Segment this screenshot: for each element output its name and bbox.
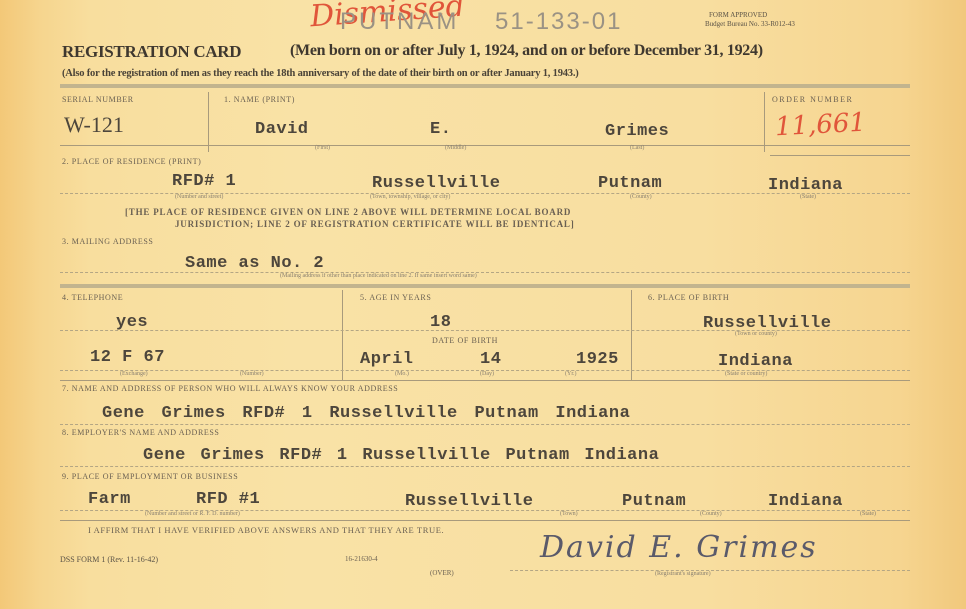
- residence-county: Putnam: [598, 174, 662, 193]
- county-stamp: PUTNAM: [340, 8, 459, 36]
- affirmation: I AFFIRM THAT I HAVE VERIFIED ABOVE ANSW…: [88, 525, 444, 535]
- caption: (Day): [480, 371, 494, 377]
- residence-label: 2. PLACE OF RESIDENCE (PRINT): [62, 157, 201, 166]
- employment-county: Putnam: [622, 492, 686, 511]
- divider: [60, 284, 910, 288]
- registrant-signature: David E. Grimes: [540, 530, 818, 565]
- age-label: 5. AGE IN YEARS: [360, 293, 431, 302]
- dob-year: 1925: [576, 350, 619, 369]
- divider: [342, 290, 343, 380]
- mailing-label: 3. MAILING ADDRESS: [62, 237, 153, 246]
- caption: (Last): [630, 145, 644, 151]
- form-number: DSS FORM 1 (Rev. 11-16-42): [60, 555, 158, 564]
- caption: (Number): [240, 371, 264, 377]
- contact-value: Gene Grimes RFD# 1 Russellville Putnam I…: [102, 404, 630, 423]
- caption: (State): [860, 511, 876, 517]
- divider: [764, 92, 765, 152]
- divider: [631, 290, 632, 380]
- divider: [60, 520, 910, 521]
- employment-label: 9. PLACE OF EMPLOYMENT OR BUSINESS: [62, 472, 238, 481]
- name-last: Grimes: [605, 122, 669, 141]
- over-label: (OVER): [430, 569, 454, 577]
- card-title: REGISTRATION CARD: [62, 42, 241, 62]
- form-approved-line2: Budget Bureau No. 33-R012-43: [705, 20, 795, 29]
- caption: (Exchange): [120, 371, 148, 377]
- name-label: 1. NAME (PRINT): [224, 95, 295, 104]
- divider: [770, 155, 910, 156]
- divider: [208, 92, 209, 152]
- serial-label: SERIAL NUMBER: [62, 95, 134, 104]
- contact-label: 7. NAME AND ADDRESS OF PERSON WHO WILL A…: [62, 384, 398, 393]
- employment-street: RFD #1: [196, 490, 260, 509]
- divider: [60, 380, 910, 381]
- stamp-code: 51-133-01: [495, 8, 622, 36]
- caption: (Registrant's signature): [655, 571, 711, 577]
- dob-day: 14: [480, 350, 501, 369]
- dob-month: April: [360, 350, 414, 369]
- serial-value: W-121: [64, 112, 124, 138]
- caption: (State or country): [725, 371, 767, 377]
- caption: (Town, township, village, or city): [370, 194, 450, 200]
- caption: (Number and street or R. F. D. number): [145, 511, 240, 517]
- card-note: (Also for the registration of men as the…: [62, 68, 579, 79]
- caption: (Mailing address if other than place ind…: [280, 273, 477, 279]
- residence-notice-1: [THE PLACE OF RESIDENCE GIVEN ON LINE 2 …: [125, 207, 571, 217]
- birthplace-state: Indiana: [718, 352, 793, 371]
- residence-street: RFD# 1: [172, 172, 236, 191]
- birthplace-label: 6. PLACE OF BIRTH: [648, 293, 729, 302]
- dob-label: DATE OF BIRTH: [432, 336, 498, 345]
- form-approved-line1: FORM APPROVED: [705, 11, 795, 20]
- employment-town: Russellville: [405, 492, 533, 511]
- divider: [60, 424, 910, 425]
- name-first: David: [255, 120, 309, 139]
- divider: [60, 466, 910, 467]
- caption: (Yr.): [565, 371, 577, 377]
- caption: (Town or county): [735, 331, 777, 337]
- order-value: 11,661: [774, 108, 866, 143]
- telephone-label: 4. TELEPHONE: [62, 293, 123, 302]
- caption: (Number and street): [175, 194, 223, 200]
- name-middle: E.: [430, 120, 451, 139]
- caption: (Mo.): [395, 371, 409, 377]
- divider: [60, 330, 910, 331]
- form-approved: FORM APPROVED Budget Bureau No. 33-R012-…: [705, 11, 795, 29]
- header-divider: [60, 84, 910, 88]
- residence-town: Russellville: [372, 174, 500, 193]
- telephone-exchange: 12 F 67: [90, 348, 165, 367]
- divider: [60, 272, 910, 273]
- employment-name: Farm: [88, 490, 131, 509]
- employer-value: Gene Grimes RFD# 1 Russellville Putnam I…: [143, 446, 659, 465]
- caption: (Middle): [445, 145, 466, 151]
- mailing-value: Same as No. 2: [185, 254, 324, 273]
- caption: (County): [700, 511, 722, 517]
- caption: (State): [800, 194, 816, 200]
- card-subtitle: (Men born on or after July 1, 1924, and …: [290, 42, 763, 60]
- divider: [60, 145, 910, 146]
- employment-state: Indiana: [768, 492, 843, 511]
- residence-notice-2: JURISDICTION; LINE 2 OF REGISTRATION CER…: [175, 219, 575, 229]
- caption: (County): [630, 194, 652, 200]
- order-label: ORDER NUMBER: [772, 95, 853, 104]
- caption: (Town): [560, 511, 578, 517]
- employer-label: 8. EMPLOYER'S NAME AND ADDRESS: [62, 428, 219, 437]
- caption: (First): [315, 145, 330, 151]
- print-code: 16-21630-4: [345, 555, 378, 563]
